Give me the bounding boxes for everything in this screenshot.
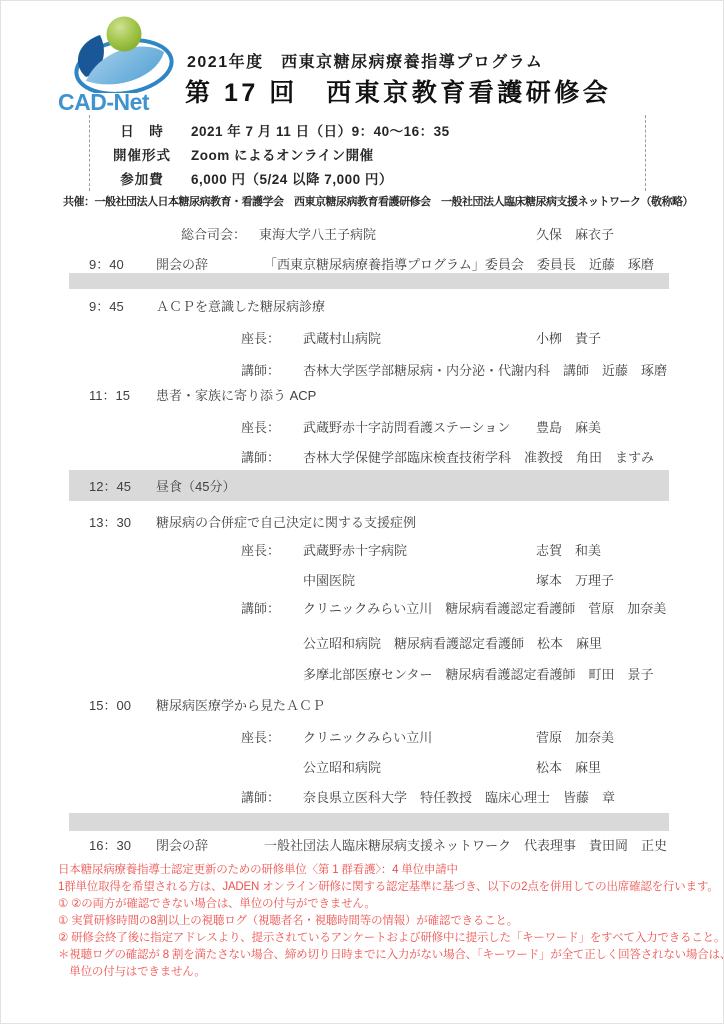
speaker-name: 近藤 琢磨 bbox=[589, 254, 654, 273]
role-label: 座長： bbox=[241, 727, 303, 746]
role-label: 座長： bbox=[241, 540, 303, 559]
certification-notes: 日本糖尿病療養指導士認定更新のための研修単位〈第 1 群看護〉：4 単位申請中1… bbox=[58, 862, 708, 981]
speaker-name: 菅原 加奈美 bbox=[536, 727, 614, 746]
schedule-row: 公立昭和病院 糖尿病看護認定看護師松本 麻里 bbox=[1, 627, 724, 658]
role-label: 講師： bbox=[241, 787, 303, 806]
schedule-row: 座長：クリニックみらい立川菅原 加奈美 bbox=[1, 721, 724, 752]
speaker-name: 菅原 加奈美 bbox=[588, 598, 666, 617]
schedule-row: 16：30閉会の辞一般社団法人臨床糖尿病支援ネットワーク 代表理事貴田岡 正史 bbox=[1, 829, 724, 860]
schedule-row: 13：30糖尿病の合併症で自己決定に関する支援症例 bbox=[1, 506, 724, 537]
emcee-row: 総合司会： 東海大学八王子病院 久保 麻衣子 bbox=[1, 218, 724, 249]
session-time: 11：15 bbox=[89, 385, 156, 404]
organization: 武蔵野赤十字訪問看護ステーション bbox=[303, 417, 523, 436]
lunch-row: 12：45昼食（45分） bbox=[69, 470, 669, 501]
speaker-name: 豊島 麻美 bbox=[536, 417, 601, 436]
speaker-name: 貴田岡 正史 bbox=[589, 835, 667, 854]
schedule-row: 公立昭和病院松本 麻里 bbox=[1, 751, 724, 782]
schedule-row: 座長：武蔵野赤十字病院志賀 和美 bbox=[1, 534, 724, 565]
speaker-name: 松本 麻里 bbox=[537, 633, 602, 652]
divider-bar bbox=[69, 273, 669, 289]
schedule-row: 座長：武蔵野赤十字訪問看護ステーション豊島 麻美 bbox=[1, 411, 724, 442]
note-line: ① ②の両方が確認できない場合は、単位の付与ができません。 bbox=[58, 896, 708, 913]
note-line: ② 研修会終了後に指定アドレスより、提示されているアンケートおよび研修中に提示し… bbox=[58, 930, 708, 947]
role-label: 講師： bbox=[241, 598, 303, 617]
schedule-row: 講師：杏林大学保健学部臨床検査技術学科 准教授角田 ますみ bbox=[1, 441, 724, 472]
organization: 中園医院 bbox=[303, 570, 523, 589]
speaker-name: 皆藤 章 bbox=[563, 787, 615, 806]
note-line: 日本糖尿病療養指導士認定更新のための研修単位〈第 1 群看護〉：4 単位申請中 bbox=[58, 862, 708, 879]
schedule-row: 多摩北部医療センター 糖尿病看護認定看護師町田 景子 bbox=[1, 658, 724, 689]
speaker-name: 志賀 和美 bbox=[536, 540, 601, 559]
note-line: 1群単位取得を希望される方は、JADEN オンライン研修に関する認定基準に基づき… bbox=[58, 879, 708, 896]
organization: クリニックみらい立川 糖尿病看護認定看護師 bbox=[303, 598, 575, 617]
session-time: 15：00 bbox=[89, 695, 156, 714]
schedule-row: 座長：武蔵村山病院小栁 貴子 bbox=[1, 322, 724, 353]
session-title: 昼食（45分） bbox=[156, 476, 235, 495]
session-time: 13：30 bbox=[89, 512, 156, 531]
organization: 一般社団法人臨床糖尿病支援ネットワーク 代表理事 bbox=[264, 835, 576, 854]
session-title: 糖尿病医療学から見たＡＣＰ bbox=[156, 695, 325, 714]
speaker-name: 松本 麻里 bbox=[536, 757, 601, 776]
organization: 「西東京糖尿病療養指導プログラム」委員会 委員長 bbox=[264, 254, 576, 273]
speaker-name: 小栁 貴子 bbox=[536, 328, 601, 347]
organization: 東海大学八王子病院 bbox=[259, 224, 523, 243]
speaker-name: 久保 麻衣子 bbox=[536, 224, 614, 243]
role-label: 講師： bbox=[241, 360, 303, 379]
session-title: 糖尿病の合併症で自己決定に関する支援症例 bbox=[156, 512, 416, 531]
organization: クリニックみらい立川 bbox=[303, 727, 523, 746]
speaker-name: 角田 ますみ bbox=[576, 447, 654, 466]
speaker-name: 近藤 琢磨 bbox=[602, 360, 667, 379]
organization: 杏林大学医学部糖尿病・内分泌・代謝内科 講師 bbox=[303, 360, 589, 379]
emcee-label: 総合司会： bbox=[181, 224, 259, 243]
schedule-row: 11：15患者・家族に寄り添う ACP bbox=[1, 379, 724, 410]
schedule-row: 15：00糖尿病医療学から見たＡＣＰ bbox=[1, 689, 724, 720]
organization: 奈良県立医科大学 特任教授 臨床心理士 bbox=[303, 787, 550, 806]
organization: 公立昭和病院 bbox=[303, 757, 523, 776]
schedule-row: 9：45ＡＣＰを意識した糖尿病診療 bbox=[1, 290, 724, 321]
organization: 多摩北部医療センター 糖尿病看護認定看護師 bbox=[303, 664, 575, 683]
schedule-row: 講師：クリニックみらい立川 糖尿病看護認定看護師菅原 加奈美 bbox=[1, 592, 724, 623]
role-label: 講師： bbox=[241, 447, 303, 466]
note-line: 単位の付与はできません。 bbox=[58, 964, 708, 981]
program-document-page: CAD-Net 2021年度 西東京糖尿病療養指導プログラム 第 17 回 西東… bbox=[0, 0, 724, 1024]
session-time: 16：30 bbox=[89, 835, 156, 854]
session-title: 閉会の辞 bbox=[156, 835, 264, 854]
session-title: 患者・家族に寄り添う ACP bbox=[156, 385, 316, 404]
role-label: 座長： bbox=[241, 417, 303, 436]
session-title: ＡＣＰを意識した糖尿病診療 bbox=[156, 296, 325, 315]
organization: 公立昭和病院 糖尿病看護認定看護師 bbox=[303, 633, 524, 652]
organization: 杏林大学保健学部臨床検査技術学科 准教授 bbox=[303, 447, 563, 466]
schedule-row: 中園医院塚本 万理子 bbox=[1, 564, 724, 595]
session-time: 9：40 bbox=[89, 254, 156, 273]
organization: 武蔵野赤十字病院 bbox=[303, 540, 523, 559]
session-time: 9：45 bbox=[89, 296, 156, 315]
note-line: ① 実質研修時間の8割以上の視聴ログ（視聴者名・視聴時間等の情報）が確認できるこ… bbox=[58, 913, 708, 930]
speaker-name: 塚本 万理子 bbox=[536, 570, 614, 589]
session-title: 開会の辞 bbox=[156, 254, 264, 273]
role-label: 座長： bbox=[241, 328, 303, 347]
schedule-row: 講師：奈良県立医科大学 特任教授 臨床心理士皆藤 章 bbox=[1, 781, 724, 812]
session-time: 12：45 bbox=[89, 476, 156, 495]
speaker-name: 町田 景子 bbox=[588, 664, 653, 683]
organization: 武蔵村山病院 bbox=[303, 328, 523, 347]
note-line: ＊視聴ログの確認が 8 割を満たさない場合、締め切り日時までに入力がない場合、「… bbox=[58, 947, 708, 964]
